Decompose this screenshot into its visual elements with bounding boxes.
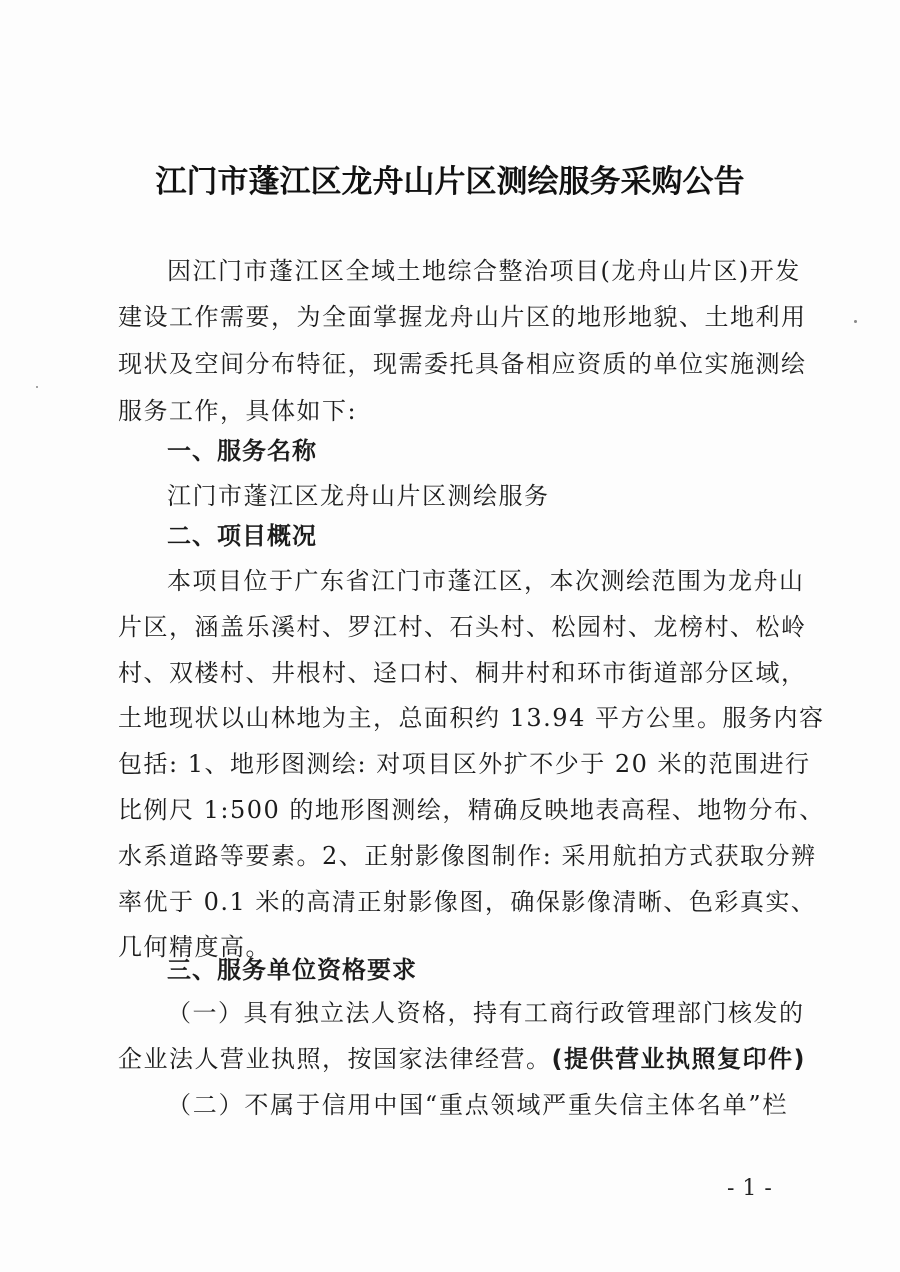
section2-line-6: 比例尺 1:500 的地形图测绘，精确反映地表高程、地物分布、 (118, 795, 788, 825)
section3-heading: 三、服务单位资格要求 (167, 955, 788, 985)
section1-heading: 一、服务名称 (167, 436, 788, 466)
scan-speck (854, 320, 857, 323)
scan-speck (36, 386, 38, 388)
page-number: -1- (727, 1176, 780, 1201)
section2-line-8: 率优于 0.1 米的高清正射影像图，确保影像清晰、色彩真实、 (118, 887, 788, 917)
section1-content: 江门市蓬江区龙舟山片区测绘服务 (167, 481, 788, 511)
section2-line-4: 土地现状以山林地为主，总面积约 13.94 平方公里。服务内容 (118, 703, 788, 733)
section2-heading: 二、项目概况 (167, 521, 788, 551)
section2-line-1: 本项目位于广东省江门市蓬江区，本次测绘范围为龙舟山 (167, 566, 788, 596)
document-title: 江门市蓬江区龙舟山片区测绘服务采购公告 (0, 156, 900, 201)
intro-line-2: 建设工作需要，为全面掌握龙舟山片区的地形地貌、土地利用 (118, 302, 788, 332)
document-page: 江门市蓬江区龙舟山片区测绘服务采购公告 因江门市蓬江区全域土地综合整治项目(龙舟… (0, 0, 900, 1272)
section2-line-7: 水系道路等要素。2、正射影像图制作: 采用航拍方式获取分辨 (118, 841, 788, 871)
intro-line-1: 因江门市蓬江区全域土地综合整治项目(龙舟山片区)开发 (167, 256, 788, 286)
intro-line-3: 现状及空间分布特征，现需委托具备相应资质的单位实施测绘 (118, 349, 788, 379)
section2-line-2: 片区，涵盖乐溪村、罗江村、石头村、松园村、龙榜村、松岭 (118, 612, 788, 642)
bold-note: (提供营业执照复印件) (552, 1044, 806, 1074)
section2-line-3: 村、双楼村、井根村、迳口村、桐井村和环市街道部分区域， (118, 658, 788, 688)
section2-line-5: 包括: 1、地形图测绘: 对项目区外扩不少于 20 米的范围进行 (118, 749, 788, 779)
section3-item1-line1: （一）具有独立法人资格，持有工商行政管理部门核发的 (167, 998, 788, 1028)
section3-item2-line1: （二）不属于信用中国“重点领域严重失信主体名单”栏 (167, 1090, 788, 1120)
section3-item1-line2: 企业法人营业执照，按国家法律经营。 (提供营业执照复印件) (118, 1044, 788, 1074)
intro-line-4: 服务工作，具体如下: (118, 396, 788, 426)
